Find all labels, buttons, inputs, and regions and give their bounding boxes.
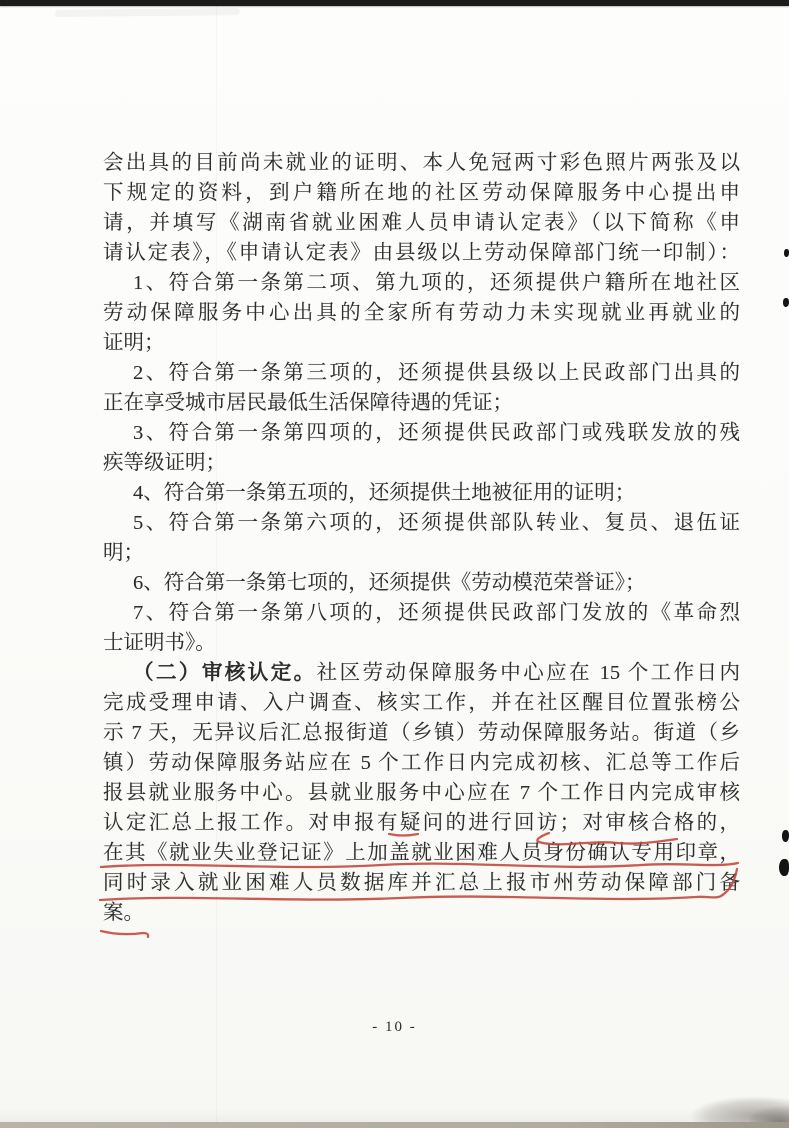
- scan-edge-mark: [784, 249, 789, 257]
- document-line: 案。: [103, 898, 740, 928]
- document-line: 4、符合第一条第五项的，还须提供土地被征用的证明；: [103, 478, 740, 508]
- document-line: 7、符合第一条第八项的，还须提供民政部门发放的《革命烈: [103, 598, 740, 628]
- document-line: 正在享受城市居民最低生活保障待遇的凭证；: [103, 388, 740, 418]
- document-line: 士证明书》。: [103, 628, 740, 658]
- document-line-text: 社区劳动保障服务中心应在 15 个工作日内: [317, 662, 740, 684]
- document-line: 完成受理申请、入户调查、核实工作，并在社区醒目位置张榜公: [103, 688, 740, 718]
- document-line: 会出具的目前尚未就业的证明、本人免冠两寸彩色照片两张及以: [103, 148, 740, 178]
- document-line: 镇）劳动保障服务站应在 5 个工作日内完成初核、汇总等工作后: [103, 748, 740, 778]
- section-heading: （二）审核认定。: [133, 662, 317, 684]
- document-line: 证明；: [103, 328, 740, 358]
- scan-edge-mark: [782, 830, 789, 842]
- document-line: 3、符合第一条第四项的，还须提供民政部门或残联发放的残: [103, 418, 740, 448]
- document-line: 同时录入就业困难人员数据库并汇总上报市州劳动保障部门备: [103, 868, 740, 898]
- document-line: 在其《就业失业登记证》上加盖就业困难人员身份确认专用印章，: [103, 838, 740, 868]
- scan-edge-mark: [779, 859, 789, 876]
- scan-top-edge-bar: [0, 0, 789, 6]
- document-line: 请认定表》，《申请认定表》由县级以上劳动保障部门统一印制）：: [103, 238, 740, 268]
- document-line: 5、符合第一条第六项的，还须提供部队转业、复员、退伍证: [103, 508, 740, 538]
- document-line: 2、符合第一条第三项的，还须提供县级以上民政部门出具的: [103, 358, 740, 388]
- page-number: - 10 -: [0, 1019, 789, 1036]
- document-line: （二）审核认定。社区劳动保障服务中心应在 15 个工作日内: [103, 658, 740, 688]
- document-line: 示 7 天，无异议后汇总报街道（乡镇）劳动保障服务站。街道（乡: [103, 718, 740, 748]
- document-line: 1、符合第一条第二项、第九项的，还须提供户籍所在地社区: [103, 268, 740, 298]
- document-line: 下规定的资料，到户籍所在地的社区劳动保障服务中心提出申: [103, 178, 740, 208]
- document-line: 劳动保障服务中心出具的全家所有劳动力未实现就业再就业的: [103, 298, 740, 328]
- scan-smudge-top: [55, 8, 240, 17]
- document-line: 6、符合第一条第七项的，还须提供《劳动模范荣誉证》；: [103, 568, 740, 598]
- scanned-document-page: 会出具的目前尚未就业的证明、本人免冠两寸彩色照片两张及以 下规定的资料，到户籍所…: [0, 0, 789, 1128]
- scan-bottom-edge-bar: [0, 1122, 789, 1128]
- document-line: 报县就业服务中心。县就业服务中心应在 7 个工作日内完成审核: [103, 778, 740, 808]
- document-line: 疾等级证明；: [103, 448, 740, 478]
- document-line: 认定汇总上报工作。对申报有疑问的进行回访；对审核合格的，: [103, 808, 740, 838]
- scan-edge-mark: [783, 298, 789, 307]
- document-line: 请，并填写《湖南省就业困难人员申请认定表》（以下简称《申: [103, 208, 740, 238]
- red-underline-annotation: [101, 931, 148, 937]
- document-line: 明；: [103, 538, 740, 568]
- document-text-block: 会出具的目前尚未就业的证明、本人免冠两寸彩色照片两张及以 下规定的资料，到户籍所…: [103, 148, 740, 928]
